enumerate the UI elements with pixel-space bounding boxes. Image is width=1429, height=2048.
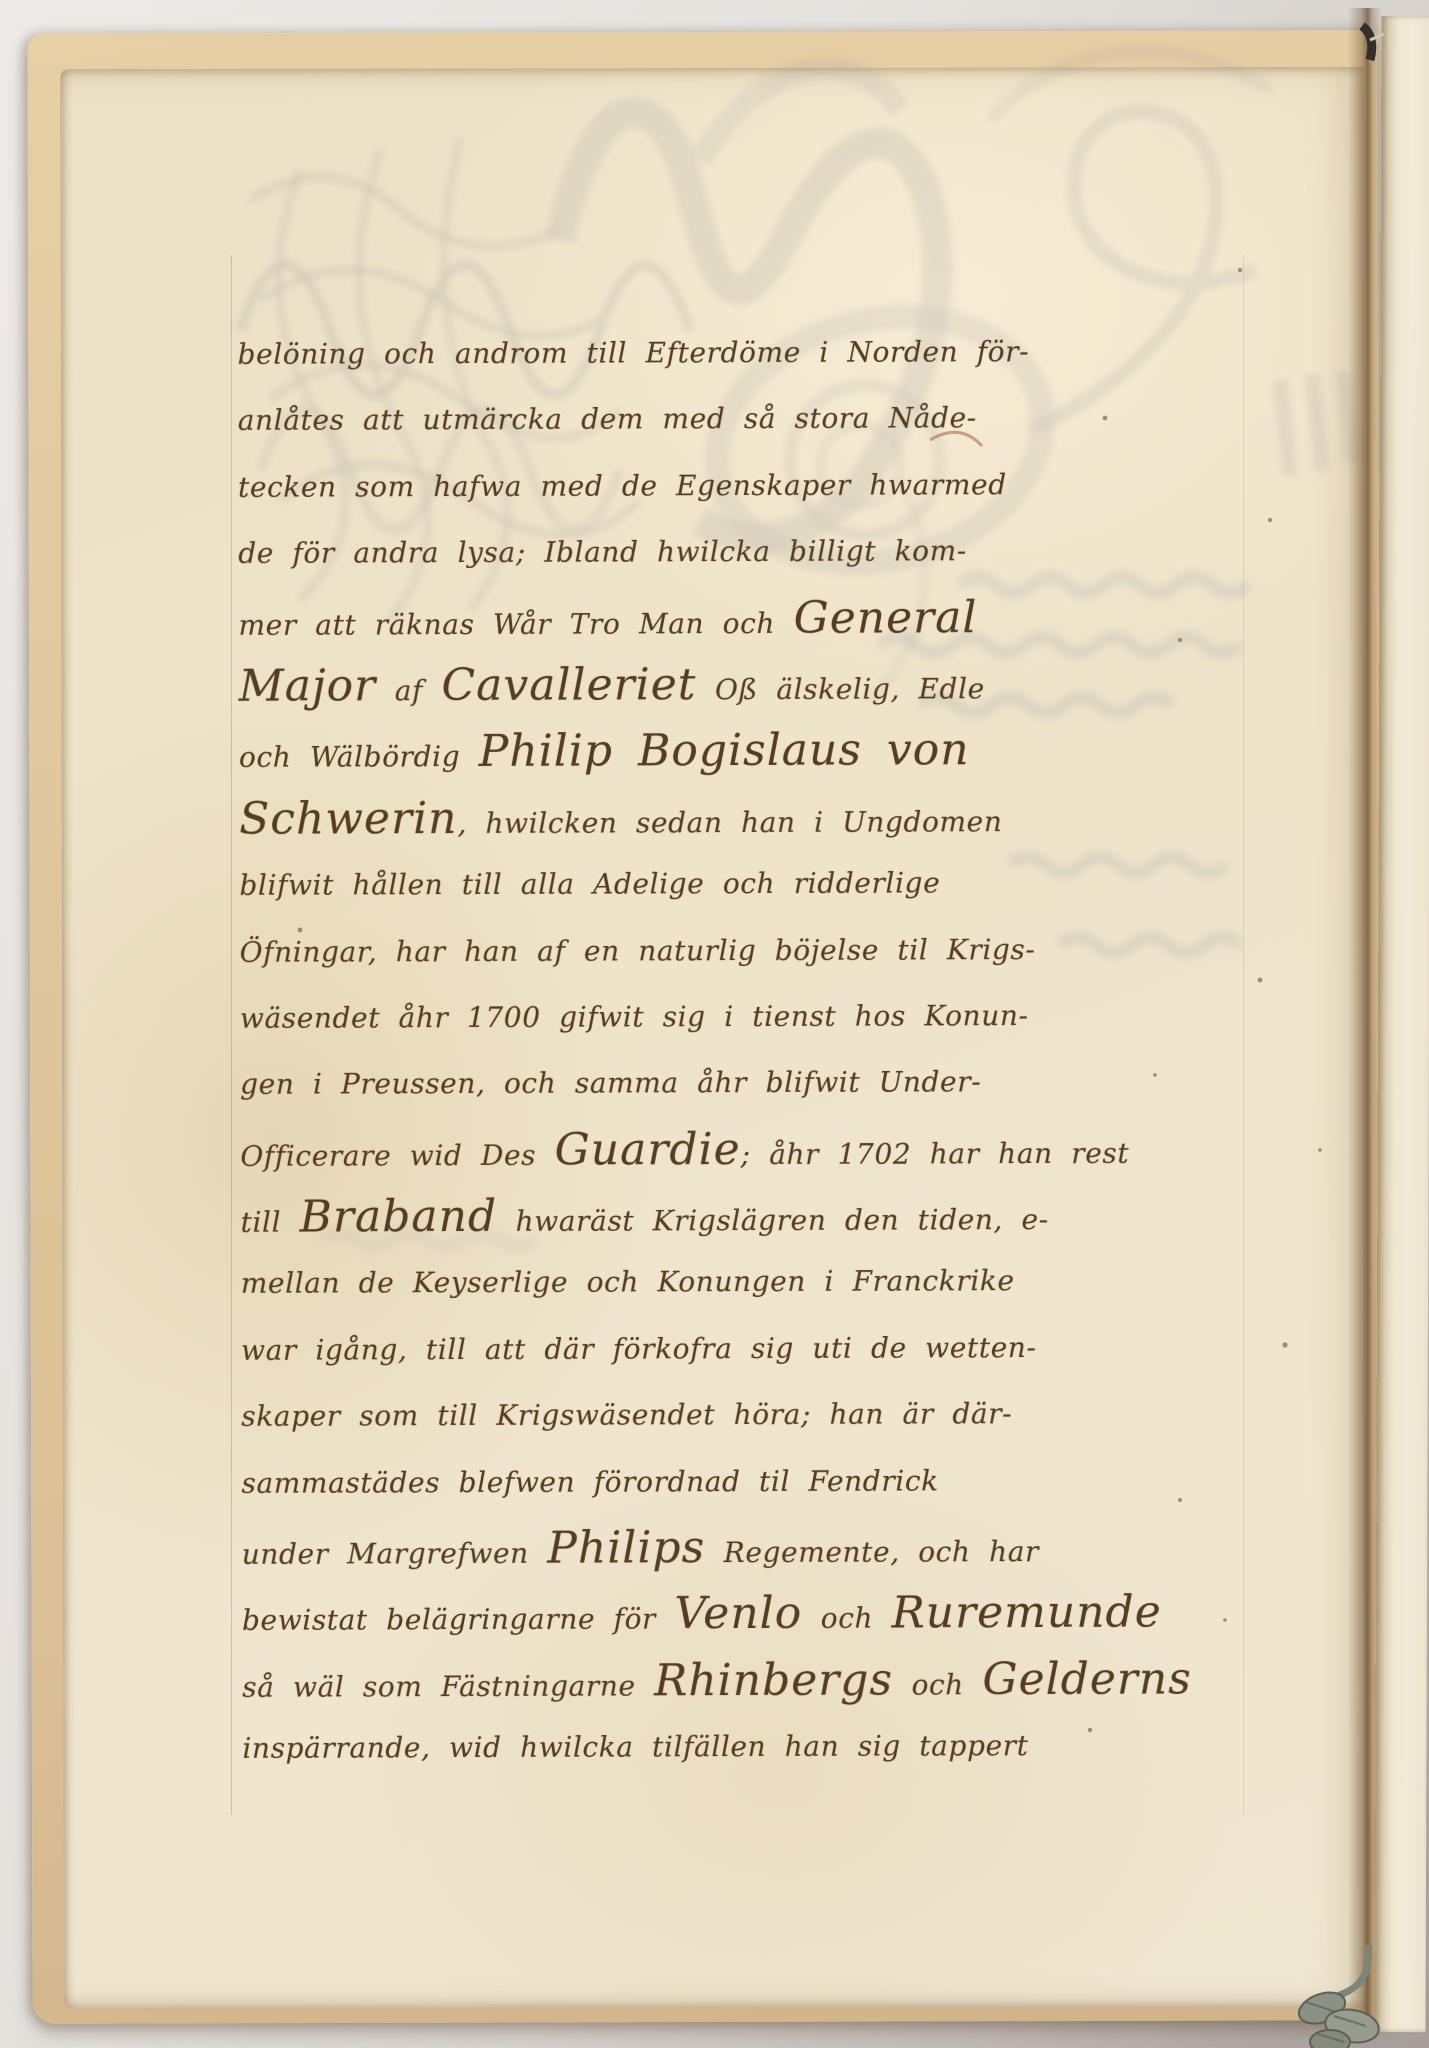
manuscript-word-large: General (793, 592, 977, 644)
manuscript-line: under Margrefwen Philips Regemente, och … (242, 1513, 1252, 1583)
manuscript-word-large: Philips (547, 1522, 705, 1574)
manuscript-word: sammastädes blefwen förordnad til Fendri… (241, 1464, 938, 1499)
manuscript-line: gen i Preussen, och samma åhr blifwit Un… (240, 1049, 1250, 1119)
manuscript-line: belöning och androm till Efterdöme i Nor… (237, 318, 1247, 388)
manuscript-word: och (893, 1668, 982, 1701)
manuscript-word: af (376, 674, 441, 707)
manuscript-word-large: Rhinbergs (654, 1654, 893, 1706)
manuscript-word: ; åhr 1702 har han rest (741, 1136, 1130, 1170)
manuscript-word: Regemente, och har (705, 1535, 1039, 1569)
manuscript-word: Officerare wid Des (240, 1138, 554, 1172)
manuscript-word: så wäl som Fästningarne (242, 1669, 654, 1703)
manuscript-line: skaper som till Krigswäsendet höra; han … (241, 1380, 1251, 1450)
manuscript-line: bewistat belägringarne för Venlo och Rur… (242, 1580, 1252, 1650)
manuscript-line: mellan de Keyserlige och Konungen i Fran… (241, 1248, 1251, 1318)
manuscript-word: belöning och androm till Efterdöme i Nor… (238, 335, 1030, 371)
manuscript-line: blifwit hållen till alla Adelige och rid… (239, 849, 1249, 919)
manuscript-word-large: Cavalleriet (441, 659, 696, 711)
manuscript-line: tecken som hafwa med de Egenskaper hwarm… (238, 451, 1248, 521)
manuscript-word: och (802, 1602, 891, 1635)
ruled-margin-line (231, 255, 232, 1815)
manuscript-word-large: Gelderns (982, 1653, 1192, 1705)
manuscript-word-large: Schwerin (239, 793, 457, 845)
manuscript-word: mer att räknas Wår Tro Man och (238, 606, 793, 641)
manuscript-word: war igång, till att där förkofra sig uti… (241, 1331, 1037, 1367)
manuscript-word: bewistat belägringarne för (242, 1603, 675, 1638)
manuscript-line: så wäl som Fästningarne Rhinbergs och Ge… (242, 1646, 1252, 1716)
manuscript-word-large: Ruremunde (891, 1587, 1161, 1639)
manuscript-word: wäsendet åhr 1700 gifwit sig i tienst ho… (240, 999, 1029, 1035)
manuscript-word: Öfningar, har han af en naturlig böjelse… (240, 933, 1036, 969)
manuscript-word: hwaräst Krigslägren den tiden, e- (497, 1203, 1049, 1238)
manuscript-word-large: Major (239, 660, 377, 711)
manuscript-word: till (241, 1206, 300, 1239)
manuscript-word: skaper som till Krigswäsendet höra; han … (241, 1397, 1012, 1433)
manuscript-line: de för andra lysa; Ibland hwilcka billig… (238, 517, 1248, 587)
manuscript-line: wäsendet åhr 1700 gifwit sig i tienst ho… (240, 982, 1250, 1052)
manuscript-word: de för andra lysa; Ibland hwilcka billig… (238, 534, 967, 570)
manuscript-word: anlåtes att utmärcka dem med så stora Nå… (238, 402, 977, 438)
manuscript-line: anlåtes att utmärcka dem med så stora Nå… (238, 385, 1248, 455)
manuscript-word: och Wälbördig (239, 740, 479, 774)
manuscript-word: Oß älskelig, Edle (696, 672, 984, 706)
manuscript-word-large: Venlo (674, 1588, 802, 1639)
manuscript-word: blifwit hållen till alla Adelige och rid… (239, 866, 940, 901)
manuscript-line: Öfningar, har han af en naturlig böjelse… (240, 916, 1250, 986)
manuscript-word: tecken som hafwa med de Egenskaper hwarm… (238, 468, 1007, 504)
manuscript-line: Officerare wid Des Guardie; åhr 1702 har… (240, 1115, 1250, 1185)
manuscript-text: belöning och androm till Efterdöme i Nor… (237, 318, 1252, 1782)
manuscript-line: och Wälbördig Philip Bogislaus von (239, 717, 1249, 787)
photograph-backdrop: belöning och androm till Efterdöme i Nor… (0, 0, 1429, 2048)
manuscript-word: mellan de Keyserlige och Konungen i Fran… (241, 1265, 1015, 1301)
manuscript-line: mer att räknas Wår Tro Man och General (238, 584, 1248, 654)
manuscript-word: , hwilcken sedan han i Ungdomen (457, 805, 1002, 840)
manuscript-line: war igång, till att där förkofra sig uti… (241, 1314, 1251, 1384)
manuscript-word: inspärrande, wid hwilcka tilfällen han s… (242, 1729, 1028, 1765)
manuscript-line: till Braband hwaräst Krigslägren den tid… (240, 1181, 1250, 1251)
manuscript-word: gen i Preussen, och samma åhr blifwit Un… (240, 1065, 981, 1101)
manuscript-word: under Margrefwen (242, 1537, 548, 1571)
manuscript-line: inspärrande, wid hwilcka tilfällen han s… (242, 1712, 1252, 1782)
manuscript-word-large: Braband (300, 1191, 498, 1243)
manuscript-word-large: Philip Bogislaus von (479, 725, 970, 778)
manuscript-line: Major af Cavalleriet Oß älskelig, Edle (239, 650, 1249, 720)
manuscript-line: sammastädes blefwen förordnad til Fendri… (241, 1447, 1251, 1517)
manuscript-line: Schwerin, hwilcken sedan han i Ungdomen (239, 783, 1249, 853)
manuscript-word-large: Guardie (555, 1124, 741, 1176)
facing-page-edge (1374, 16, 1429, 2032)
